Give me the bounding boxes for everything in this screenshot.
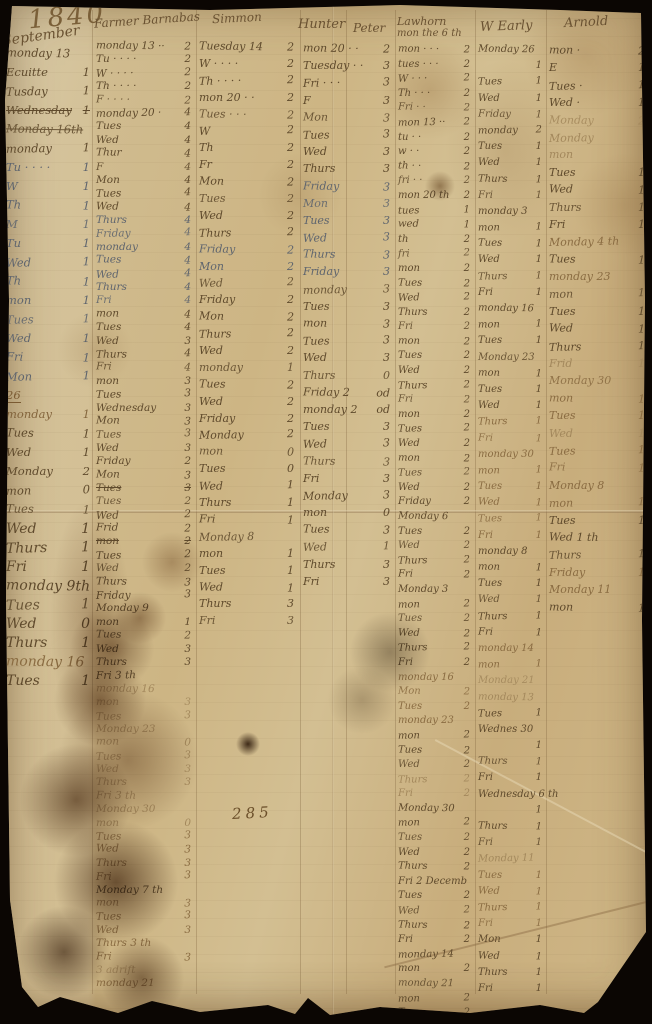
ledger-entry: Friday1: [478, 108, 544, 125]
ledger-entry: Monday 30: [96, 803, 193, 816]
ledger-entry: Friday2: [199, 412, 296, 429]
ledger-entry: W · · · ·2: [96, 66, 193, 81]
ledger-entry: Wed3: [96, 843, 193, 858]
ledger-entry: Wed2: [199, 395, 296, 412]
ledger-entry: mon2: [398, 992, 472, 1008]
column-rule: [196, 10, 197, 994]
ledger-column-arnold: mon ·2E1Tues ·1Wed ·1Monday2MondaymonTue…: [549, 44, 647, 618]
ledger-entry: Wed1: [549, 427, 647, 444]
ledger-entry: mon2: [398, 598, 472, 614]
ledger-entry: monday 9th: [6, 577, 92, 597]
ledger-entry: Tu1: [6, 236, 92, 255]
column-rule: [546, 10, 547, 994]
column-rule: [395, 10, 396, 994]
ledger-entry: Monday 6: [398, 510, 472, 526]
ledger-entry: Wednes 30: [478, 724, 544, 740]
ledger-column-simmon: Tuesday 142W · · · ·2Th · · · ·2mon 20 ·…: [199, 40, 296, 631]
ledger-entry: Tues2: [199, 377, 296, 395]
ledger-entry: mon4: [96, 307, 193, 322]
ledger-entry: Thurs1: [478, 416, 544, 433]
ledger-entry: Wed2: [199, 344, 296, 361]
column-header-hunter: Hunter: [298, 17, 345, 32]
ledger-entry: Tues1: [478, 870, 544, 886]
ledger-entry: Friday2: [199, 293, 296, 310]
ledger-entry: Thurs2: [398, 861, 472, 877]
column-header-farmer: Farmer Barnabas: [94, 9, 201, 30]
ledger-entry: mon2: [398, 963, 472, 978]
ledger-entry: Thurs1: [478, 610, 544, 627]
ledger-entry: monday 23: [398, 715, 472, 730]
ledger-entry: Th1: [6, 273, 92, 293]
ledger-entry: mon · · ·2: [398, 43, 472, 59]
ledger-entry: Tues2: [398, 277, 472, 293]
ledger-entry: Tues3: [96, 709, 193, 724]
ledger-entry: Wed3: [96, 335, 193, 348]
ledger-entry: Tues3: [96, 749, 193, 764]
ledger-entry: mon0: [303, 506, 392, 523]
ledger-entry: Frid2: [96, 521, 193, 536]
ledger-entry: Tues1: [6, 425, 92, 445]
ledger-entry: Wednesday 6 th: [478, 789, 544, 805]
ledger-entry: Monday 8: [199, 529, 296, 548]
ledger-entry: Wed2: [398, 365, 472, 380]
ledger-entry: W · · · ·2: [199, 57, 296, 74]
ledger-entry: th2: [398, 234, 472, 249]
ledger-entry: mon1: [549, 495, 647, 514]
column-header-simmon: Simmon: [212, 10, 262, 27]
ledger-column-lawhorn: mon · · ·2tues · · ·2W · · ·2Th · · ·2Fr…: [398, 44, 472, 1022]
ledger-entry: Thurs3: [303, 558, 392, 575]
ledger-entry: Tues3: [303, 127, 392, 146]
ledger-entry: Th1: [6, 197, 92, 217]
ledger-entry: Fri2: [398, 394, 472, 410]
ledger-entry: Th · · ·2: [398, 88, 472, 103]
ledger-entry: Thurs3: [303, 248, 392, 266]
ledger-entry: Wed3: [96, 442, 193, 455]
ledger-entry: Tues0: [199, 462, 296, 479]
ledger-entry: Tues1: [549, 252, 647, 271]
ledger-entry: monday 14: [478, 643, 544, 659]
ledger-entry: Monday 3: [398, 584, 472, 599]
ledger-entry: Thur4: [96, 146, 193, 161]
ledger-entry: Tues3: [96, 909, 193, 924]
ledger-entry: Mon2: [199, 174, 296, 192]
ledger-entry: Monday 23: [96, 723, 193, 736]
ledger-entry: Th · · · ·2: [199, 73, 296, 92]
ledger-entry: Fri 3 th: [96, 668, 193, 683]
ledger-entry: 1: [478, 804, 544, 821]
ledger-entry: Tues2: [398, 613, 472, 628]
ledger-entry: Monday2: [199, 428, 296, 447]
ledger-entry: Tues ·1: [549, 78, 647, 97]
ledger-entry: Fri1: [478, 530, 544, 546]
ledger-entry: Tues4: [96, 254, 193, 269]
ledger-entry: Tues1: [478, 238, 544, 255]
ledger-entry: Fri1: [478, 983, 544, 999]
ledger-entry: Tues3: [303, 333, 392, 352]
ledger-entry: mon1: [549, 287, 647, 306]
ledger-entry: mon 20 th2: [398, 190, 472, 205]
ledger-entry: Tues1: [6, 596, 92, 617]
ledger-entry: Tuesday 142: [199, 39, 296, 57]
ledger-entry: Wed1: [6, 331, 92, 350]
ledger-entry: Friday3: [96, 588, 193, 603]
ledger-entry: monday 21: [398, 977, 472, 993]
ledger-entry: Fri1: [478, 432, 544, 449]
ledger-entry: Tues2: [96, 629, 193, 644]
ledger-entry: monday 8: [478, 546, 544, 562]
ledger-entry: Ecuitte1: [6, 65, 92, 84]
ledger-entry: mon: [549, 148, 647, 165]
ledger-entry: mon3: [96, 696, 193, 709]
ledger-column-farmer: monday 13 ··2Tu · · · ·2W · · · ·2Th · ·…: [96, 40, 193, 991]
ledger-entry: Fri1: [478, 918, 544, 934]
ledger-entry: tues1: [398, 204, 472, 220]
ledger-entry: E1: [549, 61, 647, 78]
ledger-entry: monday 16: [478, 303, 544, 320]
ledger-entry: monday1: [6, 407, 92, 426]
ledger-entry: Fri3: [96, 950, 193, 965]
ledger-entry: Thurs1: [549, 547, 647, 566]
ledger-entry: Thurs1: [6, 635, 92, 654]
ledger-entry: Tuesday · ·3: [303, 59, 392, 76]
aged-paper-sheet: 1840 September Farmer Barnabas Simmon Hu…: [0, 0, 652, 1024]
ledger-entry: 1: [478, 740, 544, 756]
ledger-entry: Tues1: [6, 501, 92, 521]
ledger-entry: Wed1: [478, 254, 544, 270]
ledger-entry: Wed1: [478, 497, 544, 514]
ledger-entry: Tues2: [96, 495, 193, 508]
ledger-entry: M1: [6, 217, 92, 236]
ledger-entry: Tues1: [549, 166, 647, 183]
ledger-entry: Friday3: [303, 265, 392, 282]
ledger-entry: mon1: [96, 616, 193, 629]
ledger-entry: Wed1: [478, 950, 544, 967]
ledger-entry: Wed1: [478, 400, 544, 416]
ledger-entry: Fri1: [6, 559, 92, 578]
ledger-entry: monday3: [303, 282, 392, 301]
ledger-entry: mon3: [96, 375, 193, 388]
ledger-entry: Thurs1: [478, 173, 544, 190]
ledger-entry: mon 20 · ·2: [303, 41, 392, 59]
ledger-entry: Fri2: [398, 788, 472, 803]
ledger-entry: Wed1: [303, 540, 392, 559]
ledger-entry: monday 2od: [303, 403, 392, 420]
ledger-entry: mon1: [549, 391, 647, 410]
ledger-entry: Friday 2od: [303, 385, 392, 403]
ledger-entry: Tues2: [199, 192, 296, 209]
ledger-entry: Fri2: [398, 321, 472, 336]
column-header-early: W Early: [480, 18, 533, 35]
ledger-entry: Tues1: [549, 305, 647, 322]
ledger-entry: Friday2: [398, 496, 472, 511]
ledger-entry: Fri 3 th: [96, 789, 193, 804]
ledger-entry: W · · ·2: [398, 72, 472, 88]
ledger-entry: Tues2: [398, 1007, 472, 1022]
ledger-entry: Fri3: [303, 472, 392, 489]
ledger-entry: Fri1: [549, 461, 647, 480]
ledger-entry: Monday3: [303, 488, 392, 507]
ledger-entry: Fri2: [398, 657, 472, 672]
ledger-entry: mon2: [398, 817, 472, 833]
ledger-entry: Wed 1 th: [549, 530, 647, 549]
ledger-entry: monday4: [96, 241, 193, 254]
ledger-entry: monday 16: [96, 682, 193, 697]
ledger-entry: Fr2: [199, 158, 296, 175]
ledger-entry: Mon2: [398, 686, 472, 702]
ledger-entry: Tues1: [478, 384, 544, 400]
ledger-entry: Wed2: [398, 904, 472, 920]
ledger-entry: W1: [6, 179, 92, 198]
ledger-entry: mon1: [478, 319, 544, 336]
ledger-entry: mon ·2: [549, 43, 647, 62]
ledger-entry: Wed2: [398, 438, 472, 453]
ledger-entry: mon2: [398, 409, 472, 424]
ledger-entry: monday 14: [398, 948, 472, 964]
ledger-entry: Tues1: [549, 514, 647, 531]
ledger-entry: Monday 21: [478, 675, 544, 691]
ledger-entry: mon1: [478, 221, 544, 238]
ledger-entry: mon1: [549, 600, 647, 619]
ledger-entry: Friday3: [303, 179, 392, 197]
ledger-entry: monday 13 ··2: [96, 39, 193, 54]
ledger-entry: Tues1: [478, 335, 544, 351]
ledger-entry: Monday: [549, 130, 647, 149]
ledger-entry: Wed1: [6, 445, 92, 464]
ledger-entry: Wed1: [478, 157, 544, 173]
ledger-entry: Thurs2: [398, 307, 472, 322]
ledger-entry: th · ·2: [398, 160, 472, 176]
ledger-entry: mon0: [199, 445, 296, 463]
ledger-entry: Fri1: [6, 349, 92, 369]
ledger-entry: mon2: [398, 452, 472, 468]
ledger-entry: monday 30: [478, 449, 544, 465]
ledger-entry: Tues1: [478, 513, 544, 530]
ledger-entry: Tues2: [398, 467, 472, 483]
ledger-entry: monday 20 ·4: [96, 106, 193, 121]
ledger-entry: Tu · · · ·2: [96, 53, 193, 66]
column-rule: [300, 10, 301, 994]
ledger-entry: mon2: [398, 335, 472, 351]
ledger-entry: Mon3: [303, 197, 392, 214]
ledger-entry: Monday 11: [549, 583, 647, 600]
ledger-entry: Wed1: [6, 521, 92, 540]
ledger-entry: 1: [478, 60, 544, 76]
ledger-entry: Thurs3: [96, 857, 193, 870]
ledger-entry: Thurs1: [478, 756, 544, 773]
ledger-entry: Friday2: [96, 455, 193, 468]
ledger-entry: mon 13 ··2: [398, 116, 472, 132]
ledger-entry: Monday 30: [549, 374, 647, 391]
ledger-entry: mon 20 · ·2: [199, 91, 296, 108]
ledger-entry: Friday4: [96, 227, 193, 242]
ledger-entry: Friday2: [199, 242, 296, 260]
ledger-entry: Tues2: [398, 701, 472, 716]
ledger-entry: mon2: [96, 535, 193, 548]
ledger-entry: Monday2: [6, 464, 92, 483]
ledger-entry: Tues1: [478, 707, 544, 724]
ledger-entry: Wed2: [398, 540, 472, 555]
ledger-entry: Wed2: [398, 847, 472, 862]
ledger-entry: Thurs2: [398, 642, 472, 658]
ledger-entry: fri2: [398, 248, 472, 264]
ledger-entry: Thurs1: [199, 496, 296, 513]
ledger-entry: Monday 8: [549, 479, 647, 496]
ledger-entry: Wed1: [549, 182, 647, 201]
ledger-entry: Wed2: [199, 276, 296, 295]
ledger-entry: Fri4: [96, 361, 193, 376]
ledger-entry: Fri4: [96, 294, 193, 307]
ledger-entry: Fri · · ·3: [303, 76, 392, 95]
ledger-entry: Thurs2: [398, 773, 472, 789]
ledger-entry: Thurs3: [303, 454, 392, 472]
ledger-entry: 3 adrift: [96, 964, 193, 977]
ledger-entry: mon1: [478, 367, 544, 384]
ledger-entry: wed1: [398, 219, 472, 235]
ledger-entry: monday 16: [6, 653, 92, 673]
ledger-entry: monday 21: [96, 977, 193, 990]
ledger-entry: Wed3: [96, 763, 193, 776]
ledger-entry: Monday2: [549, 113, 647, 132]
ledger-entry: Tues4: [96, 321, 193, 334]
ledger-entry: Tues1: [478, 578, 544, 594]
ledger-entry: Monday 4 th: [549, 234, 647, 253]
ledger-entry: Tues2: [96, 548, 193, 563]
ledger-entry: Tues2: [398, 832, 472, 847]
ledger-entry: Tu · · · ·1: [6, 160, 92, 179]
ledger-entry: Tues4: [96, 186, 193, 201]
ledger-entry: mon2: [398, 263, 472, 278]
ledger-entry: Thurs0: [303, 369, 392, 386]
ledger-entry: Tues2: [398, 744, 472, 760]
ledger-entry: Wed1: [199, 580, 296, 598]
ledger-entry: Friday1: [549, 566, 647, 583]
ledger-entry: Thurs2: [199, 225, 296, 244]
ledger-entry: Tues3: [96, 387, 193, 402]
ledger-entry: Tues2: [398, 423, 472, 439]
ledger-entry: Fri1: [549, 218, 647, 235]
ledger-entry: Fri1: [199, 512, 296, 530]
ledger-entry: Fri1: [478, 837, 544, 853]
ledger-entry: Mon1: [6, 368, 92, 389]
ledger-entry: Wed3: [303, 230, 392, 249]
ledger-entry: mon0: [6, 482, 92, 503]
ledger-entry: Wed2: [398, 482, 472, 497]
ledger-entry: mon1: [6, 293, 92, 312]
ledger-entry: Tues1: [549, 443, 647, 462]
ledger-entry: Wed4: [96, 200, 193, 215]
ledger-entry: Tues1: [478, 481, 544, 497]
ledger-entry: Fri1: [478, 287, 544, 303]
ledger-entry: Thurs1: [478, 821, 544, 838]
ledger-entry: Mon4: [96, 174, 193, 187]
ledger-entry: fri · ·2: [398, 175, 472, 190]
ledger-entry: Th · · · ·2: [96, 80, 193, 93]
column-header-arnold: Arnold: [564, 14, 609, 31]
ledger-entry: Thurs1: [478, 270, 544, 287]
ledger-entry: Wed1: [478, 885, 544, 902]
ledger-entry: mon0: [96, 817, 193, 830]
ledger-entry: Thurs1: [549, 201, 647, 218]
ledger-entry: Wed1: [478, 93, 544, 109]
ledger-entry: Wed1: [6, 254, 92, 275]
ledger-entry: Thurs1: [6, 539, 92, 560]
ledger-entry: Fri2: [398, 569, 472, 585]
ledger-entry: Thurs2: [398, 919, 472, 935]
ledger-entry: Wed4: [96, 267, 193, 282]
ledger-entry: Wed3: [303, 145, 392, 162]
ledger-entry: Wed1: [549, 322, 647, 341]
ledger-entry: Mon1: [478, 934, 544, 950]
ledger-entry: Tues4: [96, 120, 193, 133]
ledger-entry: Tusday1: [6, 83, 92, 104]
column-subheader-lawhorn: mon the 6 th: [397, 28, 462, 39]
ledger-entry: mon1: [478, 562, 544, 579]
ledger-entry: Wed1: [478, 594, 544, 610]
column-rule: [475, 10, 476, 994]
ledger-entry: monday 16: [398, 672, 472, 687]
ledger-entry: Monday 26: [478, 44, 544, 61]
column-header-lawhorn: Lawhorn: [397, 15, 446, 28]
ledger-entry: Wed2: [398, 291, 472, 307]
ledger-entry: monday 13: [6, 45, 92, 65]
ledger-entry: mon1: [199, 547, 296, 564]
ledger-entry: Thurs1: [549, 339, 647, 358]
ledger-entry: Thurs 3 th: [96, 937, 193, 950]
ledger-entry: Wed3: [96, 643, 193, 656]
ledger-entry: Wed3: [303, 436, 392, 455]
ledger-entry: W2: [199, 124, 296, 143]
ledger-entry: Fri1: [478, 626, 544, 643]
ledger-entry: 26: [6, 388, 92, 407]
ledger-entry: Wed0: [6, 616, 92, 635]
ledger-entry: Mon3: [303, 110, 392, 128]
ledger-entry: Wed3: [303, 351, 392, 368]
ledger-entry: Thurs4: [96, 281, 193, 294]
ledger-entry: mon1: [478, 464, 544, 481]
ledger-entry: Monday 11: [478, 853, 544, 870]
ledger-entry: Thurs3: [199, 597, 296, 614]
ledger-entry: monday2: [478, 124, 544, 141]
ledger-entry: Mon2: [199, 310, 296, 328]
ledger-entry: Fri2: [398, 934, 472, 949]
ledger-entry: F4: [96, 161, 193, 174]
ledger-entry: Mon3: [96, 468, 193, 483]
ledger-entry: Fri3: [96, 869, 193, 884]
ledger-entry: Fri1: [478, 772, 544, 788]
ledger-entry: Thurs3: [96, 776, 193, 789]
ledger-entry: Tues1: [199, 564, 296, 581]
ledger-entry: Wed ·1: [549, 96, 647, 113]
ledger-entry: mon0: [96, 736, 193, 751]
ledger-entry: Thurs3: [303, 162, 392, 179]
ledger-entry: Monday 23: [478, 352, 544, 368]
ledger-entry: mon2: [398, 729, 472, 745]
ledger-entry: Monday 16th: [6, 121, 92, 141]
ledger-entry: Thurs2: [398, 379, 472, 395]
ledger-entry: Tues1: [6, 311, 92, 332]
ledger-entry: Mon2: [199, 260, 296, 277]
ledger-entry: Fri1: [478, 190, 544, 206]
ledger-entry: tues · · ·2: [398, 59, 472, 74]
ledger-entry: monday 13: [478, 691, 544, 708]
ledger-entry: Tues2: [398, 350, 472, 365]
ledger-entry: Tues2: [398, 890, 472, 905]
ledger-entry: Wed2: [398, 759, 472, 774]
ledger-entry: mon1: [478, 658, 544, 675]
ledger-entry: Fri3: [303, 575, 392, 592]
ledger-entry: Thurs2: [199, 326, 296, 345]
